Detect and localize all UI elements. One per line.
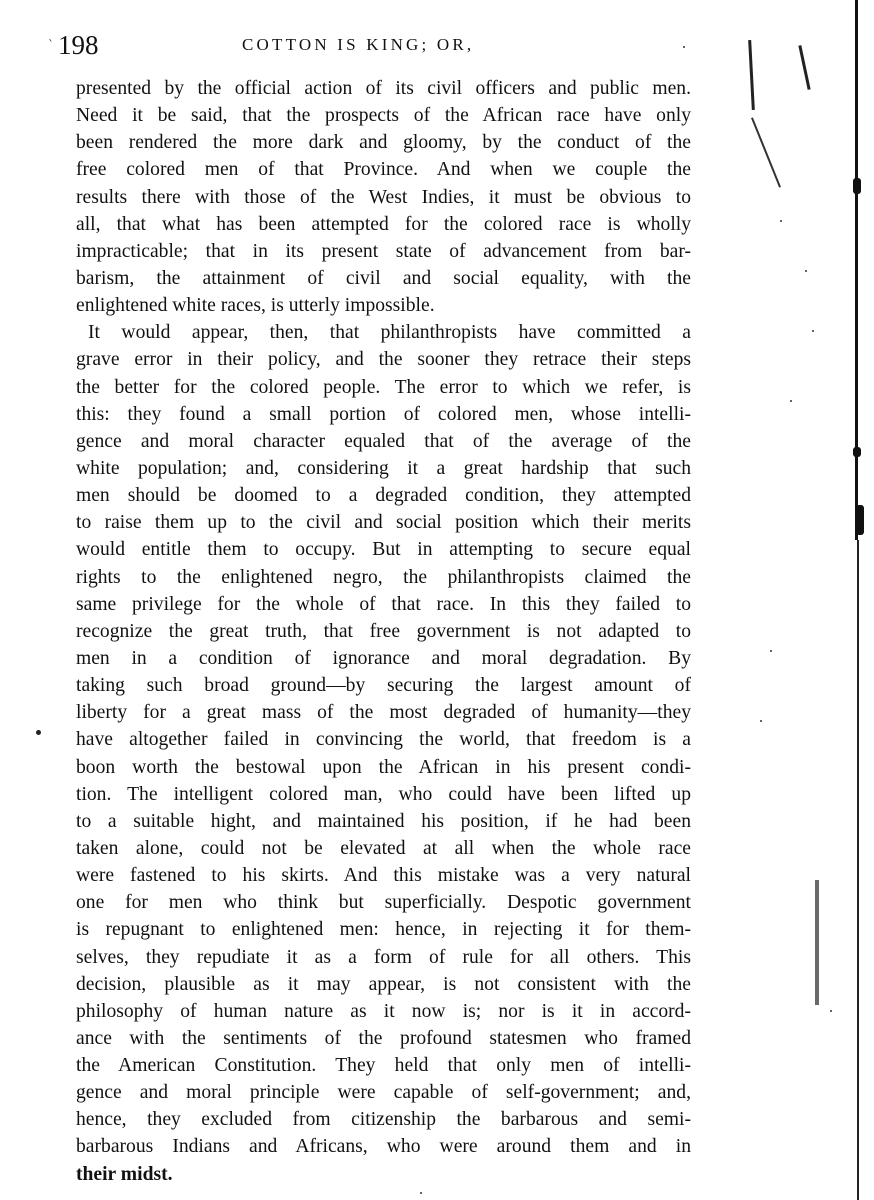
text-line: men in a condition of ignorance and mora… [76,645,691,672]
text-line: gence and moral principle were capable o… [76,1079,691,1106]
scan-speck [770,650,772,652]
text-line: to raise them up to the civil and social… [76,509,691,536]
text-line: rights to the enlightened negro, the phi… [76,564,691,591]
text-line: the American Constitution. They held tha… [76,1052,691,1079]
page-curl-shadow [815,880,819,1005]
scan-speck [780,220,782,222]
text-line: It would appear, then, that philanthropi… [76,319,691,346]
text-line: to a suitable hight, and maintained his … [76,808,691,835]
scan-speck [760,720,762,722]
scan-speck [790,400,792,402]
scan-speck [420,1192,422,1194]
text-line: tion. The intelligent colored man, who c… [76,781,691,808]
text-line: have altogether failed in convincing the… [76,726,691,753]
scan-tick-mark: ` [48,38,54,52]
text-line: gence and moral character equaled that o… [76,428,691,455]
text-line: taking such broad ground—by securing the… [76,672,691,699]
text-line: ance with the sentiments of the profound… [76,1025,691,1052]
page-header: ` 198 COTTON IS KING; OR, [58,30,698,66]
text-line: liberty for a great mass of the most deg… [76,699,691,726]
scan-speck [812,330,814,332]
text-line: presented by the official action of its … [76,75,691,102]
scan-speck [830,1010,832,1012]
text-line: this: they found a small portion of colo… [76,401,691,428]
text-line: would entitle them to occupy. But in att… [76,536,691,563]
scan-speck [683,46,685,48]
text-line: recognize the great truth, that free gov… [76,618,691,645]
text-line: been rendered the more dark and gloomy, … [76,129,691,156]
scan-speck [36,730,41,735]
text-line: barbarous Indians and Africans, who were… [76,1133,691,1160]
text-line: men should be doomed to a degraded condi… [76,482,691,509]
page-curl-shadow [751,117,781,187]
text-line: barism, the attainment of civil and soci… [76,265,691,292]
scan-speck [805,270,807,272]
text-line: is repugnant to enlightened men: hence, … [76,916,691,943]
text-line: results there with those of the West Ind… [76,184,691,211]
text-line: were fastened to his skirts. And this mi… [76,862,691,889]
text-line: the better for the colored people. The e… [76,374,691,401]
text-line: selves, they repudiate it as a form of r… [76,944,691,971]
paragraph-1: presented by the official action of its … [76,75,691,319]
text-line: decision, plausible as it may appear, is… [76,971,691,998]
binding-edge-line [855,0,858,540]
text-line: enlightened white races, is utterly impo… [76,292,691,319]
text-line: hence, they excluded from citizenship th… [76,1106,691,1133]
paragraph-2: It would appear, then, that philanthropi… [76,319,691,1188]
page-number: 198 [58,30,99,61]
text-line: taken alone, could not be elevated at al… [76,835,691,862]
text-line: their midst. [76,1161,691,1188]
text-line: grave error in their policy, and the soo… [76,346,691,373]
text-line: free colored men of that Province. And w… [76,156,691,183]
binding-edge-line [857,540,859,1200]
text-line: white population; and, considering it a … [76,455,691,482]
page-curl-shadow [798,45,810,90]
text-line: one for men who think but superficially.… [76,889,691,916]
running-head: COTTON IS KING; OR, [242,35,474,55]
text-line: Need it be said, that the prospects of t… [76,102,691,129]
binding-blot [853,178,861,194]
binding-blot [853,447,861,457]
page-curl-shadow [748,40,755,110]
text-line: boon worth the bestowal upon the African… [76,754,691,781]
book-page: ` 198 COTTON IS KING; OR, presented by t… [0,0,874,1200]
text-line: same privilege for the whole of that rac… [76,591,691,618]
text-line: philosophy of human nature as it now is;… [76,998,691,1025]
binding-blot [856,505,864,535]
body-text: presented by the official action of its … [76,75,691,1188]
text-line: all, that what has been attempted for th… [76,211,691,238]
text-line: impracticable; that in its present state… [76,238,691,265]
